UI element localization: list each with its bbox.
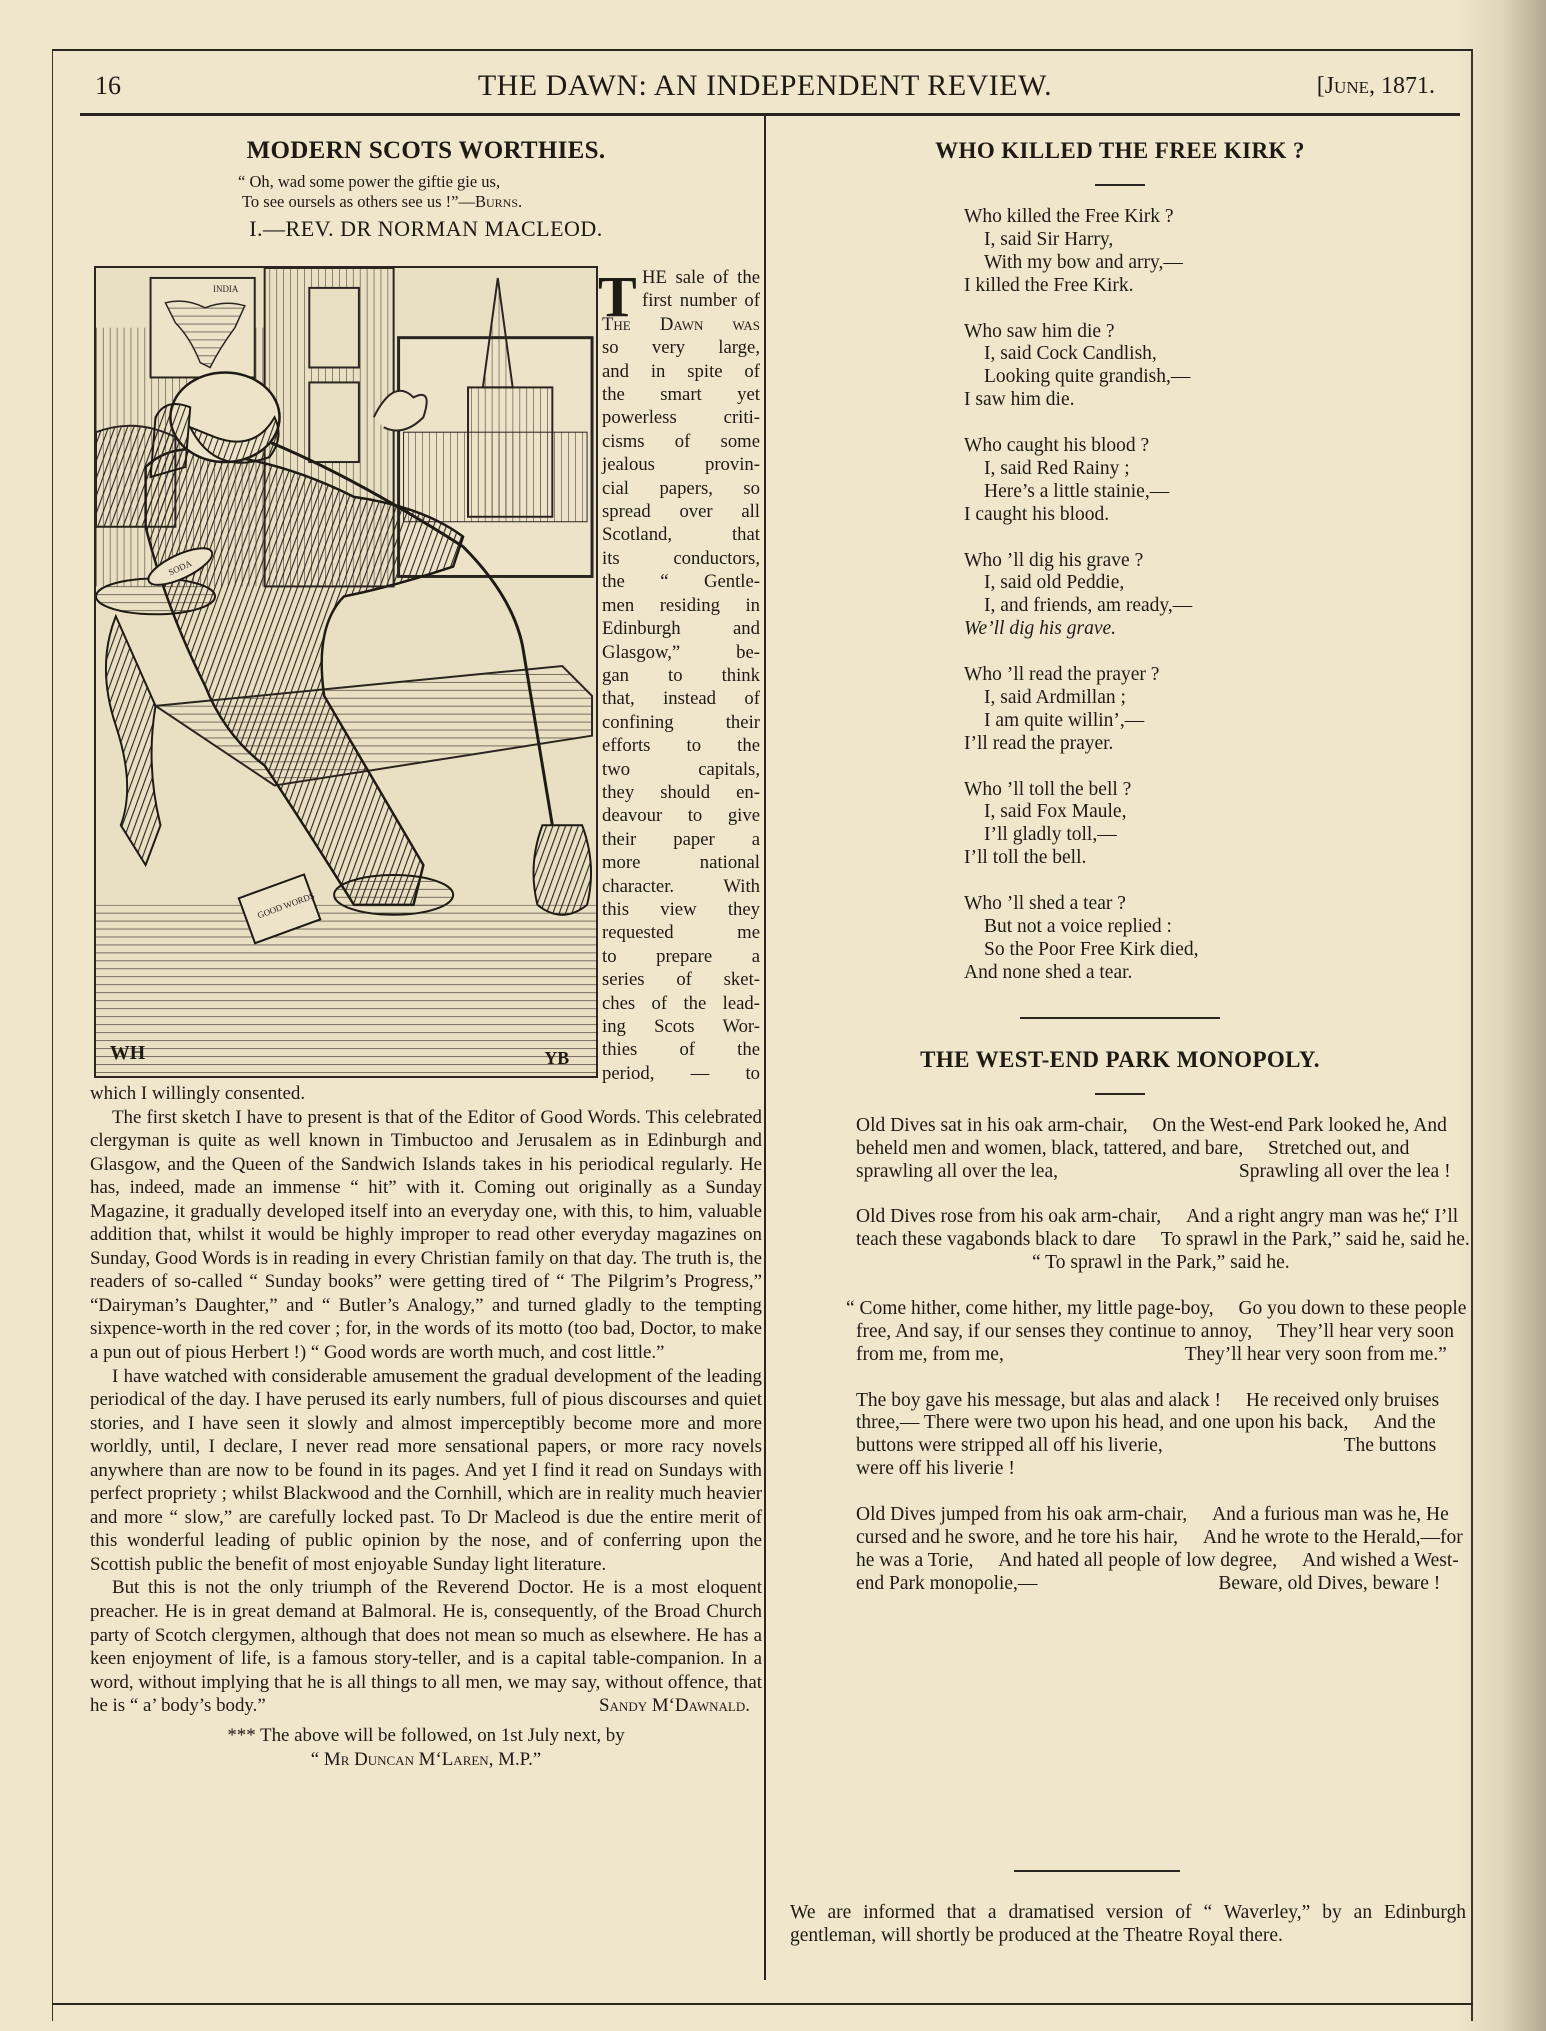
footnote-line: “ Mr Duncan M‘Laren, M.P.” — [90, 1748, 762, 1772]
text-line: Scotland, that — [602, 523, 760, 546]
column-divider — [764, 115, 766, 1980]
verse-line: Sprawling all over the lea ! — [1063, 1161, 1451, 1182]
verse-line: Who ’ll dig his grave ? — [964, 550, 1470, 573]
poem-title-free-kirk: WHO KILLED THE FREE KIRK ? — [770, 138, 1470, 164]
verse-line: I’ll toll the bell. — [964, 847, 1470, 870]
text-line: their paper a — [602, 828, 760, 851]
text-line: that, instead of — [602, 687, 760, 710]
verse-line: Here’s a little stainie,— — [964, 481, 1470, 504]
verse-line: Who saw him die ? — [964, 321, 1470, 344]
text-line: this view they — [602, 898, 760, 921]
stanza: Who ’ll read the prayer ? I, said Ardmil… — [964, 664, 1470, 756]
article-subtitle: I.—REV. DR NORMAN MACLEOD. — [90, 216, 762, 242]
stanza: Who caught his blood ? I, said Red Rainy… — [964, 435, 1470, 527]
text-line: deavour to give — [602, 804, 760, 827]
footer-rule — [52, 2003, 1473, 2005]
paragraph: which I willingly consented. — [90, 1082, 762, 1106]
section-divider — [1014, 1870, 1180, 1872]
text-line: the smart yet — [602, 383, 760, 406]
verse-line: We’ll dig his grave. — [964, 618, 1470, 641]
svg-text:INDIA: INDIA — [213, 284, 239, 294]
verse-line: And hated all people of low degree, — [978, 1550, 1277, 1571]
poem-park-monopoly: Old Dives sat in his oak arm-chair, On t… — [856, 1115, 1470, 1596]
running-head: 16 THE DAWN: AN INDEPENDENT REVIEW. [Jun… — [95, 66, 1435, 106]
text-line: Edinburgh and — [602, 617, 760, 640]
stanza: The boy gave his message, but alas and a… — [856, 1390, 1470, 1482]
footnote: *** The above will be followed, on 1st J… — [90, 1724, 762, 1772]
text-line: they should en- — [602, 781, 760, 804]
verse-line: I caught his blood. — [964, 504, 1470, 527]
verse-line: “ To sprawl in the Park,” said he. — [856, 1252, 1290, 1273]
stanza: Old Dives rose from his oak arm-chair, A… — [856, 1206, 1470, 1275]
stanza: Who ’ll toll the bell ? I, said Fox Maul… — [964, 779, 1470, 871]
journal-title: THE DAWN: AN INDEPENDENT REVIEW. — [95, 66, 1435, 106]
text-line: so very large, — [602, 336, 760, 359]
verse-line: Who ’ll read the prayer ? — [964, 664, 1470, 687]
poem-free-kirk: Who killed the Free Kirk ? I, said Sir H… — [964, 206, 1470, 985]
text-line: and in spite of — [602, 360, 760, 383]
verse-line: And a right angry man was he, — [1166, 1206, 1426, 1227]
stanza: Who ’ll dig his grave ? I, said old Pedd… — [964, 550, 1470, 642]
text-line: powerless criti- — [602, 406, 760, 429]
verse-line: I am quite willin’,— — [964, 710, 1470, 733]
article-title: MODERN SCOTS WORTHIES. — [90, 136, 762, 166]
verse-line: And none shed a tear. — [964, 962, 1470, 985]
text-line: more national — [602, 851, 760, 874]
text-line: Glasgow,” be- — [602, 641, 760, 664]
verse-line: With my bow and arry,— — [964, 252, 1470, 275]
verse-line: I, and friends, am ready,— — [964, 595, 1470, 618]
epigraph: “ Oh, wad some power the giftie gie us, … — [238, 172, 762, 212]
verse-line: Who ’ll shed a tear ? — [964, 893, 1470, 916]
verse-line: I, said Cock Candlish, — [964, 343, 1470, 366]
verse-line: They’ll hear very soon from me.” — [1009, 1344, 1447, 1365]
paragraph: The first sketch I have to present is th… — [90, 1106, 762, 1365]
verse-line: There were two upon his head, and one up… — [924, 1412, 1349, 1433]
text-line: cial papers, so — [602, 477, 760, 500]
verse-line: “ Come hither, come hither, my little pa… — [846, 1298, 1214, 1319]
verse-line: Who caught his blood ? — [964, 435, 1470, 458]
verse-line: And say, if our senses they continue to … — [895, 1321, 1252, 1342]
text-line: ches of the lead- — [602, 992, 760, 1015]
header-rule — [80, 113, 1460, 116]
verse-line: Who ’ll toll the bell ? — [964, 779, 1470, 802]
verse-line: I killed the Free Kirk. — [964, 275, 1470, 298]
text-line: men residing in — [602, 594, 760, 617]
text-line: first number of — [602, 289, 760, 312]
verse-line: Old Dives rose from his oak arm-chair, — [856, 1206, 1161, 1227]
text-line: the “ Gentle- — [602, 570, 760, 593]
text-line: series of sket- — [602, 968, 760, 991]
verse-line: I, said Red Rainy ; — [964, 458, 1470, 481]
poem-title-park-monopoly: THE WEST-END PARK MONOPOLY. — [770, 1047, 1470, 1073]
footnote-line: *** The above will be followed, on 1st J… — [90, 1724, 762, 1748]
stanza: Who saw him die ? I, said Cock Candlish,… — [964, 321, 1470, 413]
caricature-illustration: INDIA — [94, 266, 598, 1078]
verse-line: I saw him die. — [964, 389, 1470, 412]
caricature-drawing: INDIA — [96, 268, 596, 1076]
verse-line: Beware, old Dives, beware ! — [1042, 1573, 1440, 1594]
text-line: to prepare a — [602, 945, 760, 968]
verse-line: I’ll gladly toll,— — [964, 824, 1470, 847]
verse-line: To sprawl in the Park,” said he, said he… — [1141, 1229, 1470, 1250]
article-body: which I willingly consented. The first s… — [90, 1082, 762, 1772]
issue-date: [June, 1871. — [1317, 66, 1435, 106]
verse-line: I, said old Peddie, — [964, 572, 1470, 595]
text-line: efforts to the — [602, 734, 760, 757]
text-line: its conductors, — [602, 547, 760, 570]
text-line: HE sale of the — [602, 266, 760, 289]
text-line: The Dawn was — [602, 313, 760, 336]
stanza: Who killed the Free Kirk ? I, said Sir H… — [964, 206, 1470, 298]
verse-line: But not a voice replied : — [964, 916, 1470, 939]
epigraph-attribution: Burns. — [475, 192, 522, 211]
text-line: gan to think — [602, 664, 760, 687]
epigraph-text: To see oursels as others see us !”— — [242, 192, 475, 211]
epigraph-line: “ Oh, wad some power the giftie gie us, — [238, 172, 762, 192]
verse-line: I, said Ardmillan ; — [964, 687, 1470, 710]
text-line: cisms of some — [602, 430, 760, 453]
title-rule — [1095, 184, 1145, 186]
verse-line: The boy gave his message, but alas and a… — [856, 1390, 1221, 1411]
verse-line: I, said Fox Maule, — [964, 801, 1470, 824]
theatre-notice: We are informed that a dramatised versio… — [790, 1902, 1466, 1948]
verse-line: Looking quite grandish,— — [964, 366, 1470, 389]
epigraph-line: To see oursels as others see us !”—Burns… — [238, 192, 762, 212]
verse-line: And a furious man was he, — [1192, 1504, 1421, 1525]
right-column: WHO KILLED THE FREE KIRK ? Who killed th… — [770, 120, 1470, 1596]
text-line: thies of the — [602, 1038, 760, 1061]
stanza: Old Dives jumped from his oak arm-chair,… — [856, 1504, 1470, 1596]
verse-line: On the West-end Park looked he, — [1133, 1115, 1410, 1136]
svg-text:WH: WH — [110, 1042, 146, 1064]
text-line: ing Scots Wor- — [602, 1015, 760, 1038]
text-line: confining their — [602, 711, 760, 734]
verse-line: So the Poor Free Kirk died, — [964, 939, 1470, 962]
text-line: jealous provin- — [602, 453, 760, 476]
wrapped-intro-text: HE sale of the first number of The Dawn … — [562, 266, 760, 1085]
text-line: spread over all — [602, 500, 760, 523]
stanza: Who ’ll shed a tear ? But not a voice re… — [964, 893, 1470, 985]
paragraph: I have watched with considerable amuseme… — [90, 1365, 762, 1577]
stanza: “ Come hither, come hither, my little pa… — [856, 1298, 1470, 1367]
text-line: character. With — [602, 875, 760, 898]
section-divider — [1020, 1017, 1220, 1019]
text-line: two capitals, — [602, 758, 760, 781]
title-rule — [1095, 1093, 1145, 1095]
verse-line: I, said Sir Harry, — [964, 229, 1470, 252]
verse-line: I’ll read the prayer. — [964, 733, 1470, 756]
left-column: MODERN SCOTS WORTHIES. “ Oh, wad some po… — [90, 120, 762, 242]
stanza: Old Dives sat in his oak arm-chair, On t… — [856, 1115, 1470, 1184]
verse-line: Who killed the Free Kirk ? — [964, 206, 1470, 229]
verse-line: Old Dives jumped from his oak arm-chair, — [856, 1504, 1187, 1525]
text-line: requested me — [602, 921, 760, 944]
verse-line: Old Dives sat in his oak arm-chair, — [856, 1115, 1128, 1136]
